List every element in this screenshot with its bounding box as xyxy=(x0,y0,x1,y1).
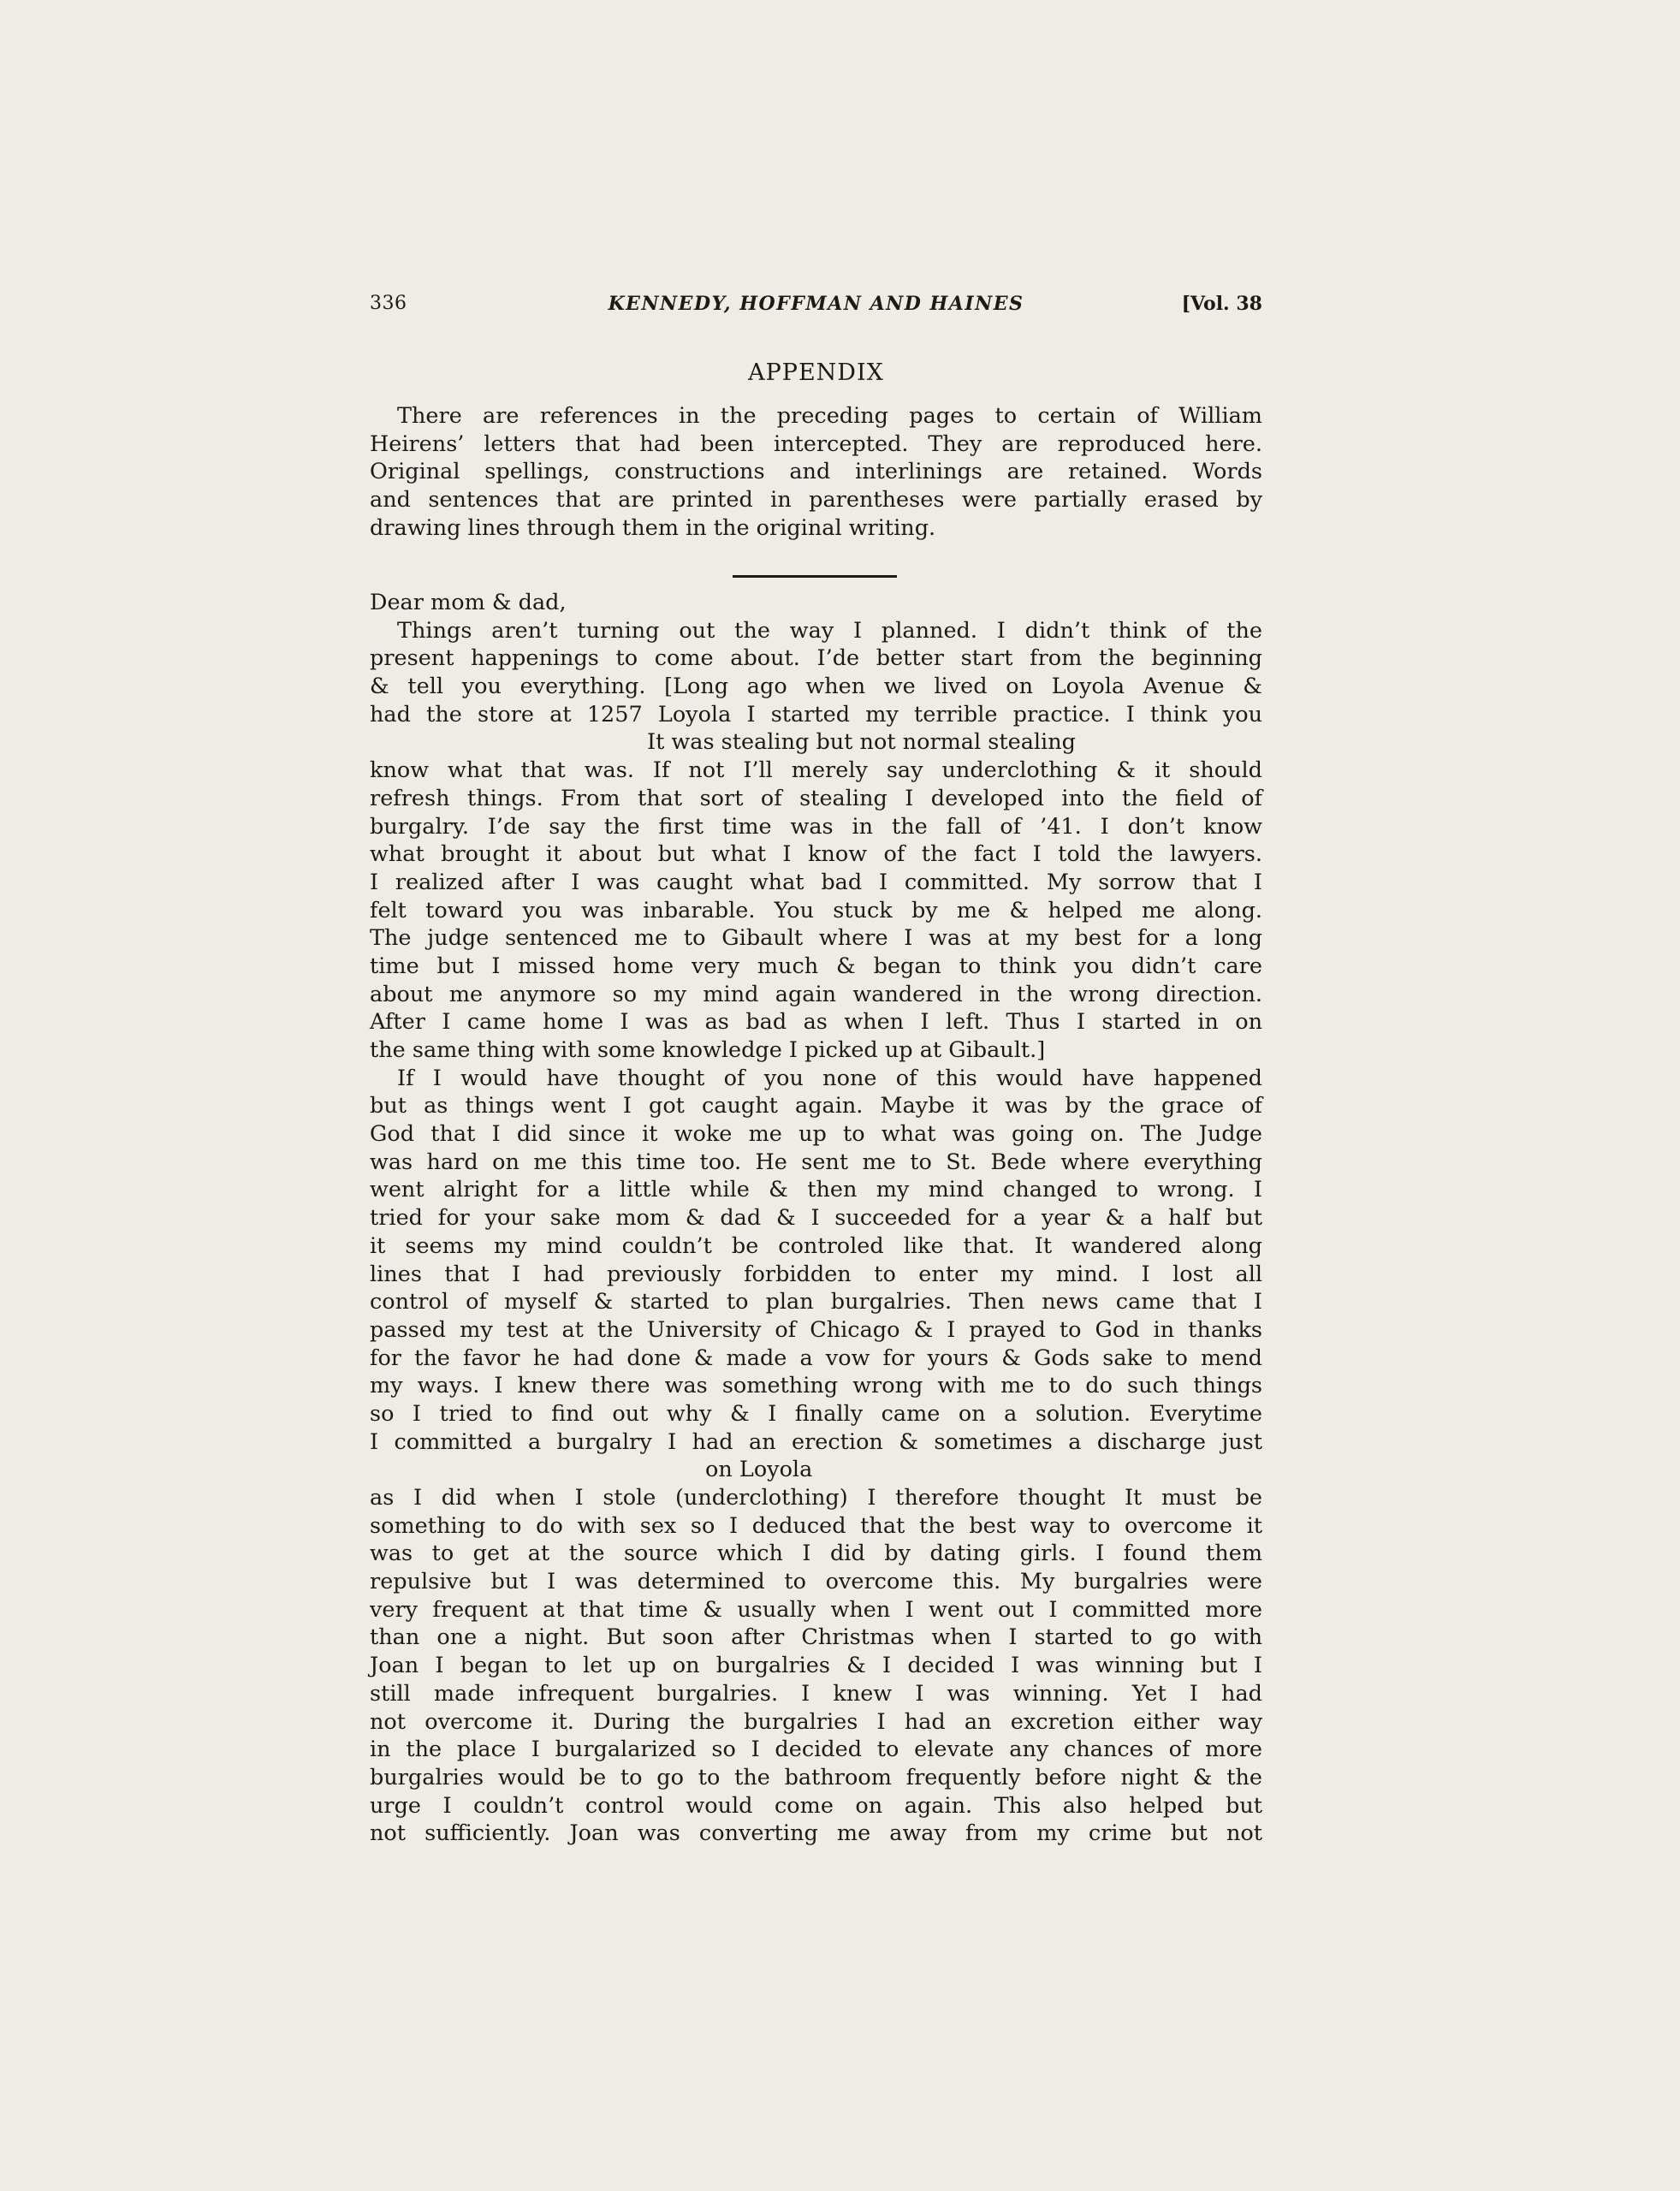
letter-line: control of myself & started to plan burg… xyxy=(370,1288,1262,1316)
letter-line: still made infrequent burgalries. I knew… xyxy=(370,1680,1262,1708)
section-title: APPENDIX xyxy=(370,359,1262,386)
letter-line: repulsive but I was determined to overco… xyxy=(370,1568,1262,1596)
letter-line: very frequent at that time & usually whe… xyxy=(370,1596,1262,1624)
intro-line: drawing lines through them in the origin… xyxy=(370,514,1262,543)
letter-line: had the store at 1257 Loyola I started m… xyxy=(370,701,1262,729)
letter-line: not overcome it. During the burgalries I… xyxy=(370,1708,1262,1737)
letter-line: After I came home I was as bad as when I… xyxy=(370,1008,1262,1036)
letter-line: Joan I began to let up on burgalries & I… xyxy=(370,1652,1262,1680)
intro-line: Heirens’ letters that had been intercept… xyxy=(370,430,1262,459)
letter-line: not sufficiently. Joan was converting me… xyxy=(370,1820,1262,1848)
letter-line: I committed a burgalry I had an erection… xyxy=(370,1428,1262,1457)
section-divider xyxy=(733,575,897,578)
intro-line: There are references in the preceding pa… xyxy=(370,402,1262,430)
intro-paragraph: There are references in the preceding pa… xyxy=(370,402,1262,542)
letter-salutation: Dear mom & dad, xyxy=(370,589,1262,617)
letter-line: about me anymore so my mind again wander… xyxy=(370,981,1262,1009)
letter-line: felt toward you was inbarable. You stuck… xyxy=(370,897,1262,925)
letter-line: was to get at the source which I did by … xyxy=(370,1540,1262,1568)
letter-line: burgalry. I’de say the first time was in… xyxy=(370,813,1262,841)
letter-line: in the place I burgalarized so I decided… xyxy=(370,1736,1262,1764)
letter-line: & tell you everything. [Long ago when we… xyxy=(370,673,1262,701)
letter-line: but as things went I got caught again. M… xyxy=(370,1092,1262,1120)
letter-line: time but I missed home very much & began… xyxy=(370,953,1262,981)
letter-line: urge I couldn’t control would come on ag… xyxy=(370,1792,1262,1820)
running-head: 336 KENNEDY, HOFFMAN AND HAINES [Vol. 38 xyxy=(370,289,1262,318)
letter-line: what brought it about but what I know of… xyxy=(370,840,1262,869)
letter-line: so I tried to find out why & I finally c… xyxy=(370,1400,1262,1428)
letter-line: If I would have thought of you none of t… xyxy=(370,1065,1262,1093)
intro-line: and sentences that are printed in parent… xyxy=(370,486,1262,514)
letter-line: tried for your sake mom & dad & I succee… xyxy=(370,1204,1262,1232)
interlined-text: on Loyola xyxy=(370,1456,1262,1484)
letter-line: The judge sentenced me to Gibault where … xyxy=(370,924,1262,953)
letter-line: something to do with sex so I deduced th… xyxy=(370,1512,1262,1541)
letter-line: went alright for a little while & then m… xyxy=(370,1176,1262,1204)
letter-line: was hard on me this time too. He sent me… xyxy=(370,1149,1262,1177)
volume-label: [Vol. 38 xyxy=(1182,293,1262,315)
running-head-authors: KENNEDY, HOFFMAN AND HAINES xyxy=(370,293,1262,315)
letter-body: Dear mom & dad, Things aren’t turning ou… xyxy=(370,589,1262,1848)
letter-line: the same thing with some knowledge I pic… xyxy=(370,1036,1262,1065)
letter-line: lines that I had previously forbidden to… xyxy=(370,1261,1262,1289)
interlined-text: It was stealing but not normal stealing xyxy=(370,728,1262,757)
intro-line: Original spellings, constructions and in… xyxy=(370,458,1262,486)
letter-line: it seems my mind couldn’t be controled l… xyxy=(370,1232,1262,1261)
letter-line: God that I did since it woke me up to wh… xyxy=(370,1120,1262,1149)
letter-line: refresh things. From that sort of steali… xyxy=(370,785,1262,813)
letter-line: than one a night. But soon after Christm… xyxy=(370,1624,1262,1652)
letter-line: for the favor he had done & made a vow f… xyxy=(370,1345,1262,1373)
letter-line: I realized after I was caught what bad I… xyxy=(370,869,1262,897)
letter-line: present happenings to come about. I’de b… xyxy=(370,644,1262,673)
letter-line: my ways. I knew there was something wron… xyxy=(370,1372,1262,1400)
letter-line: Things aren’t turning out the way I plan… xyxy=(370,617,1262,645)
letter-line: burgalries would be to go to the bathroo… xyxy=(370,1764,1262,1792)
letter-line: passed my test at the University of Chic… xyxy=(370,1316,1262,1345)
letter-line: know what that was. If not I’ll merely s… xyxy=(370,757,1262,785)
letter-line: as I did when I stole (underclothing) I … xyxy=(370,1484,1262,1512)
